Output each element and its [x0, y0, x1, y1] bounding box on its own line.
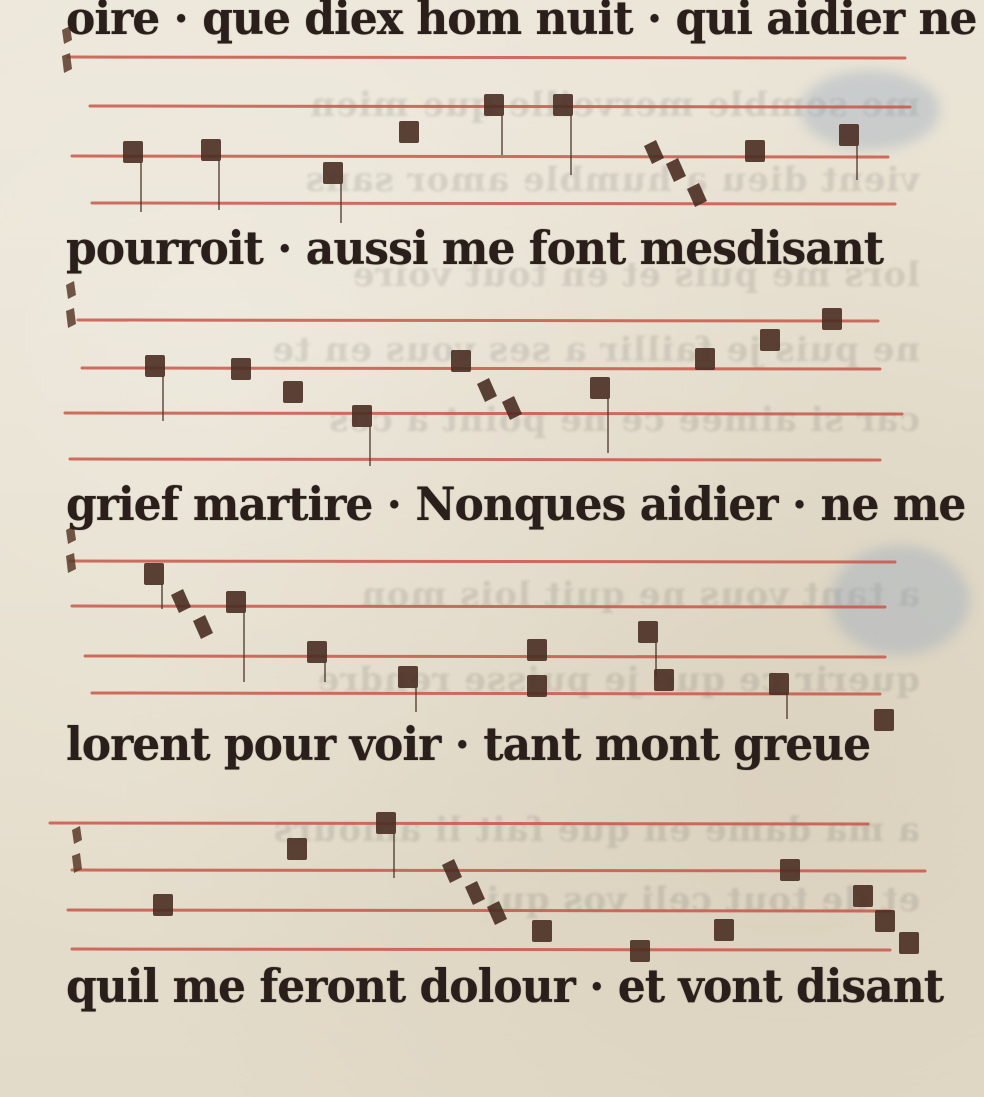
square-note — [839, 124, 859, 146]
lyric-line-2: grief martire · Nonques aidier · ne me — [66, 478, 965, 532]
square-note — [630, 940, 650, 962]
square-note — [527, 639, 547, 661]
staff-3 — [66, 526, 895, 731]
square-note — [283, 381, 303, 403]
lyric-line-4: quil me feront dolour · et vont disant — [66, 960, 943, 1014]
square-note — [654, 669, 674, 691]
square-note — [553, 94, 573, 116]
music-notation-layer — [0, 0, 984, 1097]
square-note — [874, 709, 894, 731]
c-clef-icon — [66, 281, 76, 328]
staff-line — [50, 823, 868, 824]
square-note — [769, 673, 789, 695]
square-note — [745, 140, 765, 162]
square-note — [760, 329, 780, 351]
lyric-line-3: lorent pour voir · tant mont greue — [66, 718, 870, 772]
square-note — [714, 919, 734, 941]
staff-line — [72, 949, 890, 950]
square-note — [484, 94, 504, 116]
square-note — [145, 355, 165, 377]
staff-line — [65, 413, 902, 414]
staff-1 — [62, 26, 910, 223]
square-note — [875, 910, 895, 932]
square-note — [307, 641, 327, 663]
rhombic-note — [193, 615, 213, 639]
square-note — [144, 563, 164, 585]
rhombic-note — [487, 901, 507, 925]
staff-line — [82, 368, 880, 369]
staff-line — [70, 561, 895, 562]
rhombic-note — [666, 158, 686, 182]
square-note — [822, 308, 842, 330]
square-note — [527, 675, 547, 697]
square-note — [323, 162, 343, 184]
staff-line — [68, 57, 905, 58]
rhombic-note — [644, 140, 664, 164]
square-note — [780, 859, 800, 881]
staff-line — [68, 910, 890, 911]
square-note — [201, 139, 221, 161]
c-clef-icon — [72, 826, 82, 873]
lyric-line-0: oire · que diex hom nuit · qui aidier ne — [66, 0, 976, 46]
rhombic-note — [442, 859, 462, 883]
c-clef-icon — [66, 526, 76, 573]
staff-line — [72, 606, 885, 607]
square-note — [287, 838, 307, 860]
staff-line — [92, 203, 895, 204]
square-note — [399, 121, 419, 143]
square-note — [532, 920, 552, 942]
square-note — [376, 812, 396, 834]
staff-4 — [50, 812, 925, 962]
staff-line — [92, 693, 880, 694]
staff-line — [85, 656, 885, 657]
staff-line — [70, 459, 880, 460]
rhombic-note — [171, 589, 191, 613]
square-note — [231, 358, 251, 380]
staff-line — [78, 320, 878, 321]
square-note — [638, 621, 658, 643]
square-note — [153, 894, 173, 916]
square-note — [695, 348, 715, 370]
rhombic-note — [477, 378, 497, 402]
square-note — [451, 350, 471, 372]
square-note — [226, 591, 246, 613]
staff-line — [72, 156, 888, 157]
square-note — [590, 377, 610, 399]
square-note — [352, 405, 372, 427]
rhombic-note — [502, 396, 522, 420]
square-note — [398, 666, 418, 688]
square-note — [123, 141, 143, 163]
square-note — [899, 932, 919, 954]
square-note — [853, 885, 873, 907]
staff-2 — [65, 281, 902, 466]
rhombic-note — [465, 881, 485, 905]
lyric-line-1: pourroit · aussi me font mesdisant — [66, 222, 883, 276]
